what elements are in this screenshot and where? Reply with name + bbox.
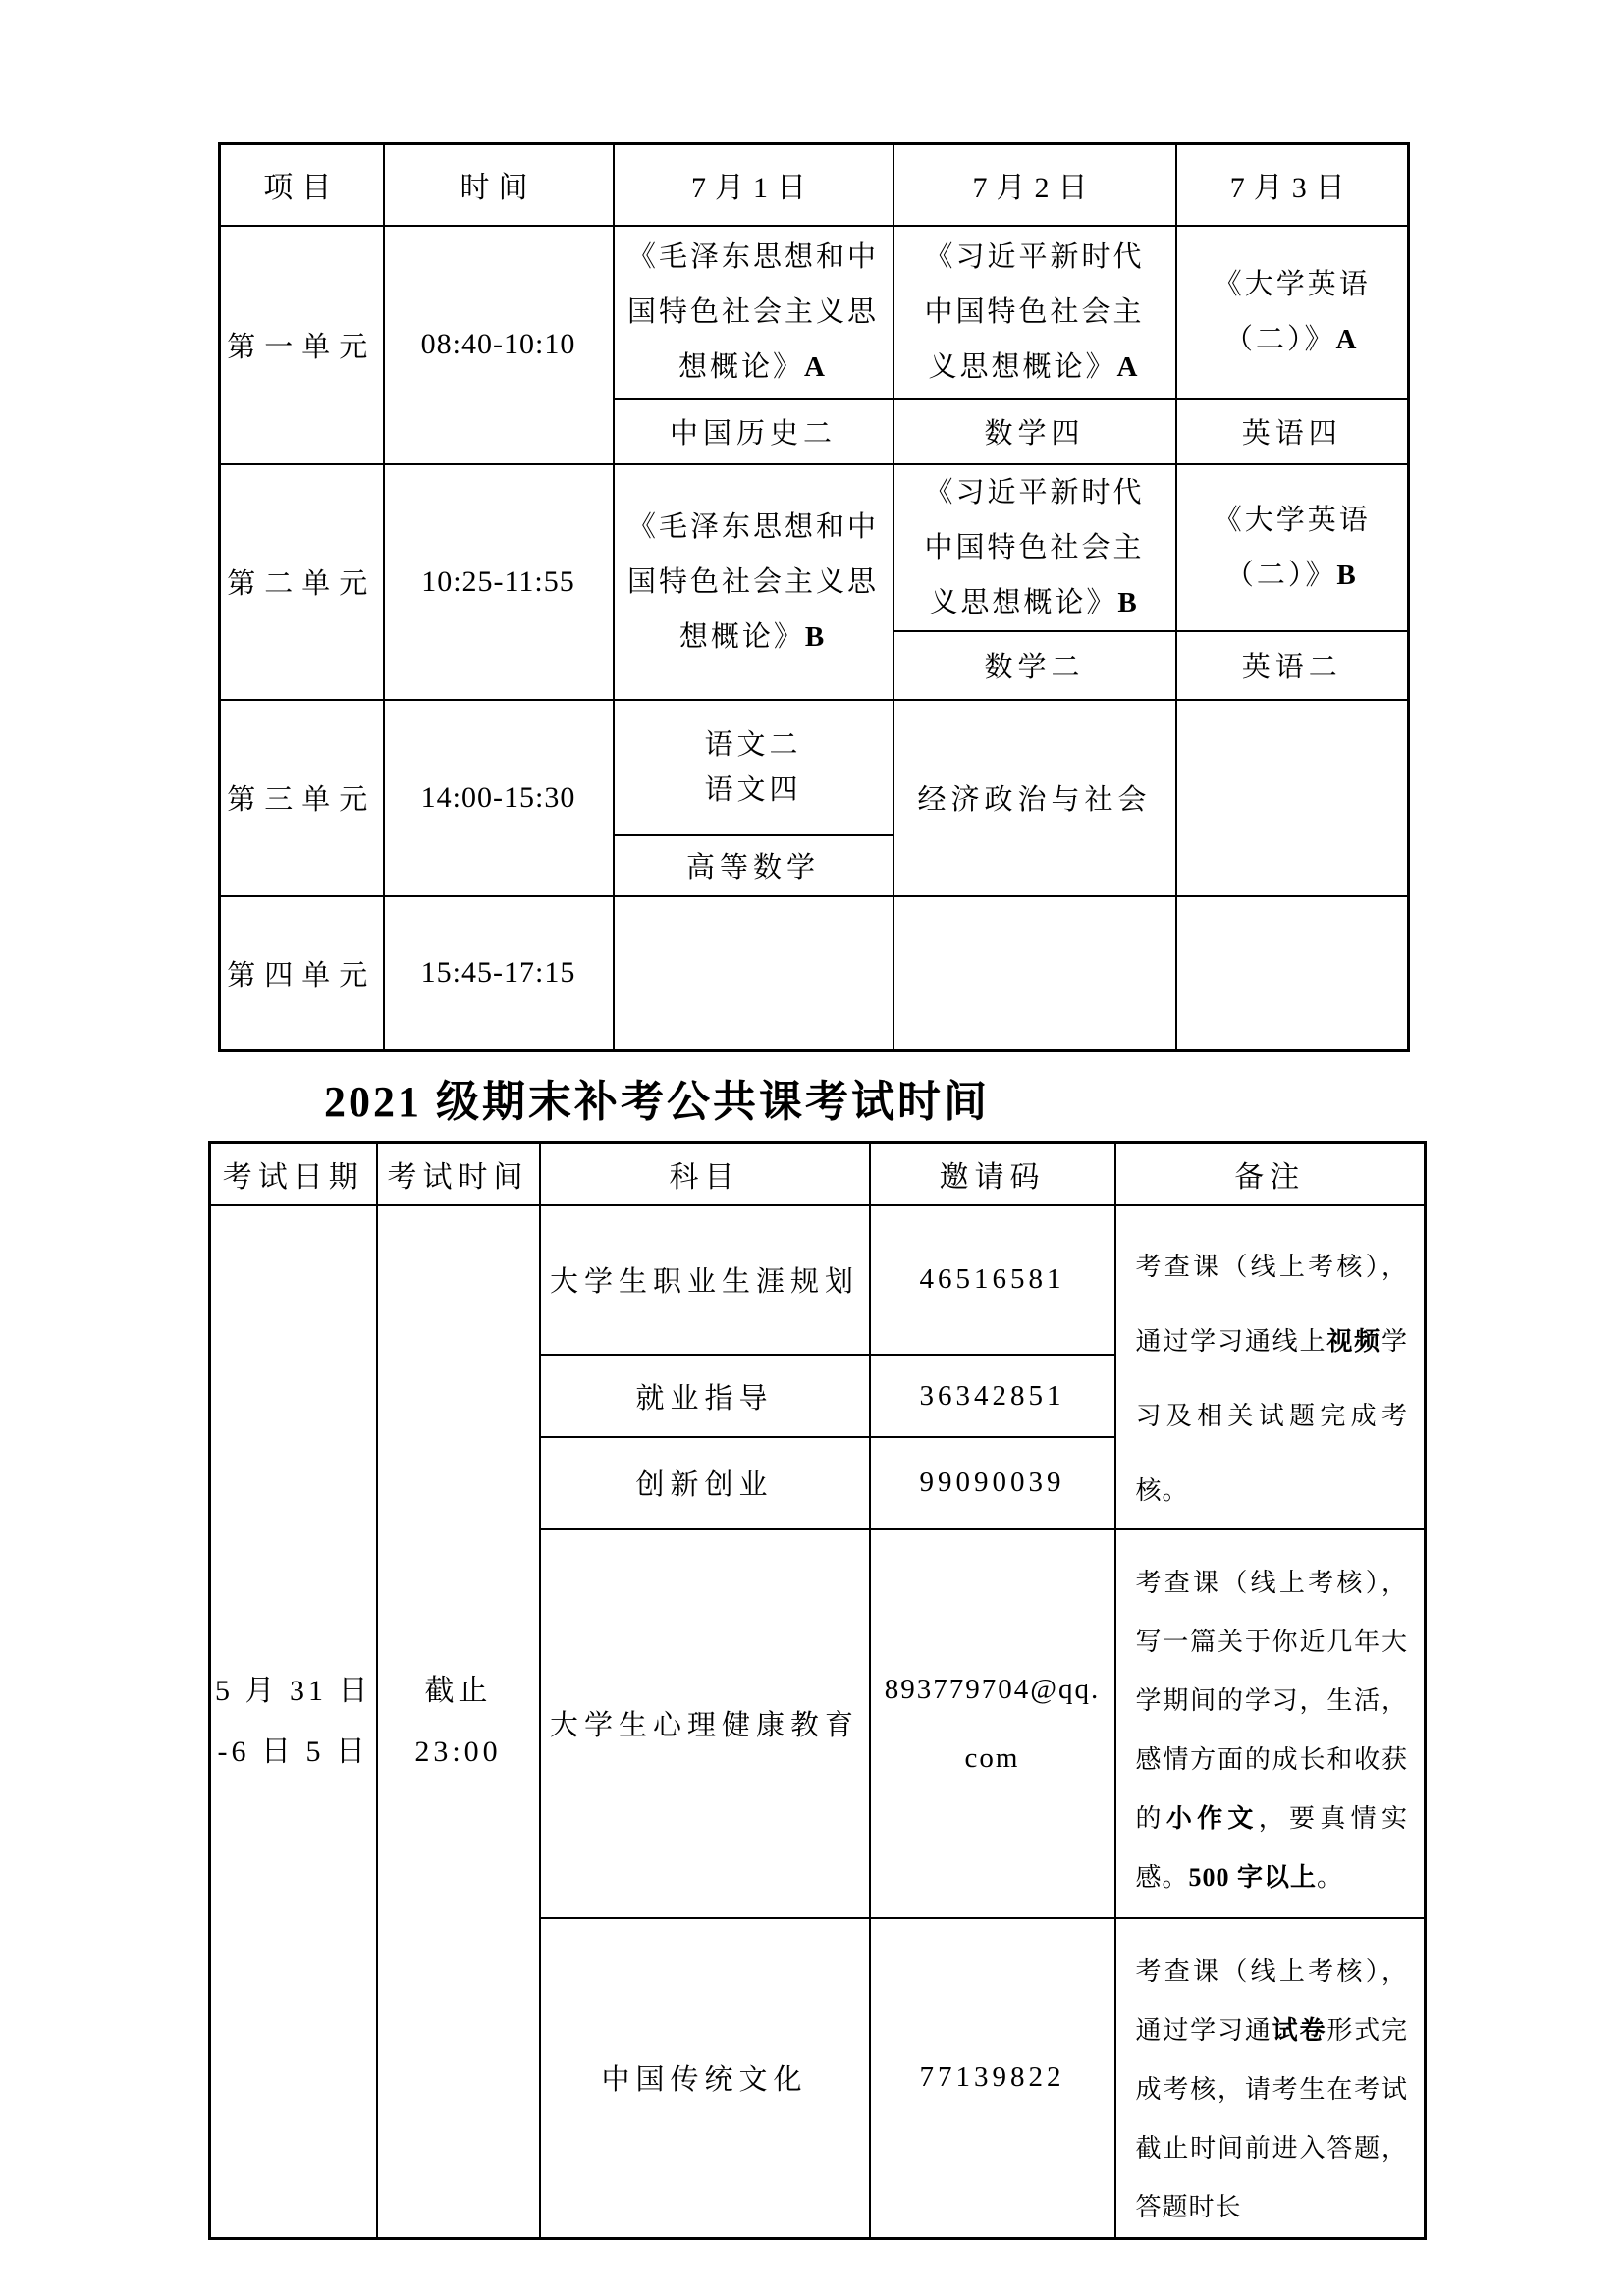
unit3-jul3-empty-cell bbox=[1176, 700, 1409, 896]
unit1-jul3-course: 《大学英语（二）》A bbox=[1176, 226, 1409, 399]
section-title: 2021 级期末补考公共课考试时间 bbox=[324, 1066, 990, 1129]
remark-video-cell: 考查课（线上考核），通过学习通线上视频学习及相关试题完成考核。 bbox=[1115, 1205, 1426, 1529]
t1-header-jul2: 7月2日 bbox=[893, 144, 1176, 226]
unit3-jul1-course: 语文二 语文四 bbox=[614, 700, 893, 835]
t2-header-remark: 备注 bbox=[1115, 1143, 1426, 1205]
unit4-time: 15:45-17:15 bbox=[384, 896, 614, 1051]
unit1-jul3-course2: 英语四 bbox=[1176, 399, 1409, 464]
remark-paper-cell: 考查课（线上考核），通过学习通试卷形式完成考核，请考生在考试截止时间前进入答题，… bbox=[1115, 1918, 1426, 2239]
unit1-jul1-course: 《毛泽东思想和中国特色社会主义思想概论》A bbox=[614, 226, 893, 399]
unit1-time: 08:40-10:10 bbox=[384, 226, 614, 464]
unit1-name: 第一单元 bbox=[220, 226, 384, 464]
document-page: 项目 时间 7月1日 7月2日 7月3日 第一单元 08:40-10:10 《毛… bbox=[0, 0, 1624, 2296]
unit2-jul1-course: 《毛泽东思想和中国特色社会主义思想概论》B bbox=[614, 464, 893, 700]
unit-exam-schedule-table: 项目 时间 7月1日 7月2日 7月3日 第一单元 08:40-10:10 《毛… bbox=[218, 142, 1410, 1052]
subject-cell: 创新创业 bbox=[540, 1437, 870, 1528]
unit4-jul3-empty-cell bbox=[1176, 896, 1409, 1051]
invite-code-cell: 36342851 bbox=[870, 1355, 1115, 1437]
t1-header-time: 时间 bbox=[384, 144, 614, 226]
unit2-jul2-course: 《习近平新时代中国特色社会主义思想概论》B bbox=[893, 464, 1176, 631]
unit1-jul2-course2: 数学四 bbox=[893, 399, 1176, 464]
unit4-jul2-empty-cell bbox=[893, 896, 1176, 1051]
unit3-main-row: 第三单元 14:00-15:30 语文二 语文四 经济政治与社会 bbox=[220, 700, 1409, 835]
unit2-name: 第二单元 bbox=[220, 464, 384, 700]
subject-cell: 大学生职业生涯规划 bbox=[540, 1205, 870, 1356]
unit2-jul2-course2: 数学二 bbox=[893, 631, 1176, 700]
unit3-jul2-course: 经济政治与社会 bbox=[893, 700, 1176, 896]
unit4-jul1-empty-cell bbox=[614, 896, 893, 1051]
t1-header-jul3: 7月3日 bbox=[1176, 144, 1409, 226]
unit2-time: 10:25-11:55 bbox=[384, 464, 614, 700]
subject-cell: 大学生心理健康教育 bbox=[540, 1529, 870, 1918]
unit1-jul2-course: 《习近平新时代中国特色社会主义思想概论》A bbox=[893, 226, 1176, 399]
makeup-exam-table: 考试日期 考试时间 科目 邀请码 备注 5 月 31 日 -6 日 5 日 截止… bbox=[208, 1141, 1427, 2240]
invite-email-cell: 893779704@qq.com bbox=[870, 1529, 1115, 1918]
invite-code-cell: 46516581 bbox=[870, 1205, 1115, 1356]
invite-code-cell: 99090039 bbox=[870, 1437, 1115, 1528]
unit2-jul3-course2: 英语二 bbox=[1176, 631, 1409, 700]
t2-header-subject: 科目 bbox=[540, 1143, 870, 1205]
unit4-name: 第四单元 bbox=[220, 896, 384, 1051]
invite-code-cell: 77139822 bbox=[870, 1918, 1115, 2239]
subject-cell: 中国传统文化 bbox=[540, 1918, 870, 2239]
unit1-jul1-course2: 中国历史二 bbox=[614, 399, 893, 464]
unit4-row: 第四单元 15:45-17:15 bbox=[220, 896, 1409, 1051]
subject-cell: 就业指导 bbox=[540, 1355, 870, 1437]
t2-header-exam-date: 考试日期 bbox=[210, 1143, 377, 1205]
t2-header-row: 考试日期 考试时间 科目 邀请码 备注 bbox=[210, 1143, 1426, 1205]
unit3-time: 14:00-15:30 bbox=[384, 700, 614, 896]
unit1-main-row: 第一单元 08:40-10:10 《毛泽东思想和中国特色社会主义思想概论》A 《… bbox=[220, 226, 1409, 399]
unit3-name: 第三单元 bbox=[220, 700, 384, 896]
remark-essay-cell: 考查课（线上考核），写一篇关于你近几年大学期间的学习，生活，感情方面的成长和收获… bbox=[1115, 1529, 1426, 1918]
unit3-jul1-course2: 高等数学 bbox=[614, 835, 893, 896]
t1-header-project: 项目 bbox=[220, 144, 384, 226]
t1-header-row: 项目 时间 7月1日 7月2日 7月3日 bbox=[220, 144, 1409, 226]
t1-header-jul1: 7月1日 bbox=[614, 144, 893, 226]
t2-header-invite-code: 邀请码 bbox=[870, 1143, 1115, 1205]
unit2-jul3-course: 《大学英语（二）》B bbox=[1176, 464, 1409, 631]
exam-time-cell: 截止 23:00 bbox=[377, 1205, 540, 2239]
unit2-main-row: 第二单元 10:25-11:55 《毛泽东思想和中国特色社会主义思想概论》B 《… bbox=[220, 464, 1409, 631]
t2-row-career: 5 月 31 日 -6 日 5 日 截止 23:00 大学生职业生涯规划 465… bbox=[210, 1205, 1426, 1356]
t2-header-exam-time: 考试时间 bbox=[377, 1143, 540, 1205]
exam-date-cell: 5 月 31 日 -6 日 5 日 bbox=[210, 1205, 377, 2239]
